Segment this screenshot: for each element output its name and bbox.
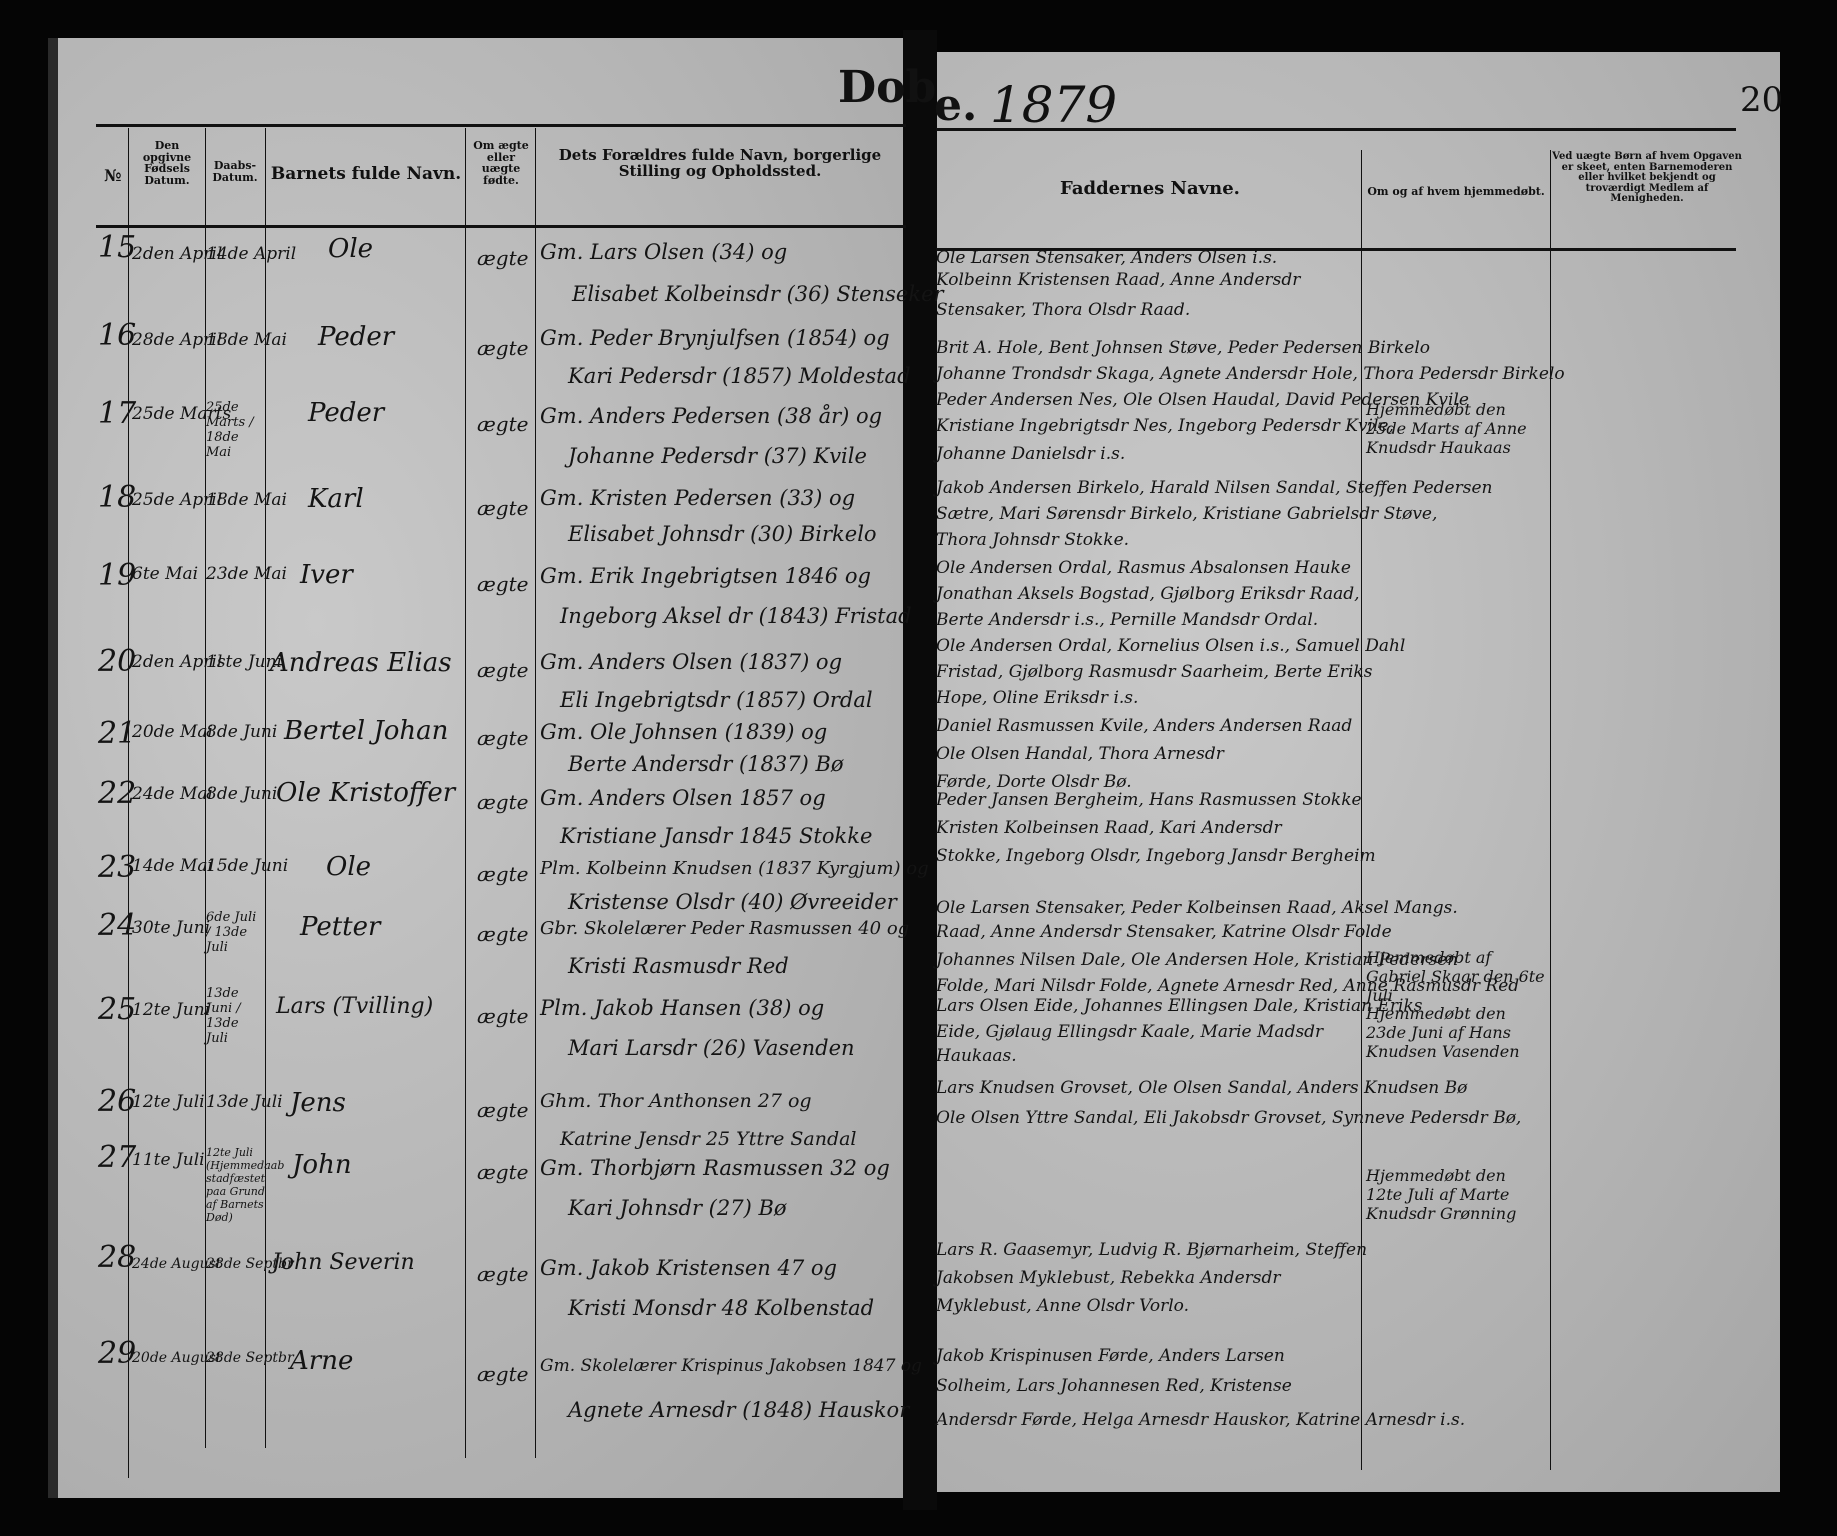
entry-legitimacy: ægte — [477, 1098, 528, 1122]
book-gutter — [903, 30, 937, 1510]
entry-parents-line1: Gbr. Skolelærer Peder Rasmussen 40 og — [540, 918, 909, 939]
entry-child-name: Arne — [290, 1346, 353, 1376]
entry-child-name: John — [292, 1150, 352, 1180]
entry-godparents-line3: Andersdr Førde, Helga Arnesdr Hauskor, K… — [936, 1410, 1465, 1430]
col-rule — [535, 128, 536, 1458]
entry-number: 25 — [98, 992, 136, 1027]
entry-number: 19 — [98, 558, 136, 593]
entry-godparents-line3: Myklebust, Anne Olsdr Vorlo. — [936, 1296, 1189, 1316]
entry-godparents-line3: Thora Johnsdr Stokke. — [936, 530, 1129, 550]
entry-godparents-line3: Hope, Oline Eriksdr i.s. — [936, 688, 1138, 708]
entry-parents-line1: Gm. Ole Johnsen (1839) og — [540, 720, 827, 744]
entry-legitimacy: ægte — [477, 496, 528, 520]
entry-parents-line2: Kristi Monsdr 48 Kolbenstad — [568, 1296, 874, 1320]
entry-birth-date: 11te Juli — [132, 1150, 205, 1170]
entry-number: 21 — [98, 716, 136, 751]
entry-legitimacy: ægte — [477, 658, 528, 682]
entry-parents-line2: Kristi Rasmusdr Red — [568, 954, 789, 978]
entry-godparents-line2: Raad, Anne Andersdr Stensaker, Katrine O… — [936, 922, 1392, 942]
entry-number: 20 — [98, 644, 136, 679]
header-child-name: Barnets fulde Navn. — [268, 166, 464, 184]
entry-parents-line2: Johanne Pedersdr (37) Kvile — [568, 444, 867, 468]
entry-godparents-line2: Sætre, Mari Sørensdr Birkelo, Kristiane … — [936, 504, 1437, 524]
entry-godparents-line2: Kolbeinn Kristensen Raad, Anne Andersdr — [936, 270, 1300, 290]
entry-parents-line2: Elisabet Johnsdr (30) Birkelo — [568, 522, 877, 546]
entry-godparents-line1: Jakob Andersen Birkelo, Harald Nilsen Sa… — [936, 478, 1492, 498]
entry-number: 15 — [98, 230, 136, 265]
entry-baptism-date: 12te Juli (Hjemmedaab stadfæstet paa Gru… — [206, 1146, 266, 1224]
entry-godparents-line1: Peder Jansen Bergheim, Hans Rasmussen St… — [936, 790, 1362, 810]
entry-parents-line2: Berte Andersdr (1837) Bø — [568, 752, 844, 776]
header-birth-date: Den opgivne Fødsels Datum. — [130, 140, 204, 186]
entry-godparents-line3: Berte Andersdr i.s., Pernille Mandsdr Or… — [936, 610, 1318, 630]
entry-birth-date: 14de Mai — [132, 856, 213, 876]
entry-number: 28 — [98, 1240, 136, 1275]
entry-birth-date: 12te Juli — [132, 1092, 205, 1112]
entry-parents-line1: Gm. Anders Olsen (1837) og — [540, 650, 842, 674]
entry-godparents-line3: Stensaker, Thora Olsdr Raad. — [936, 300, 1190, 320]
entry-baptism-date: 6de Juli / 13de Juli — [206, 910, 264, 955]
entry-number: 18 — [98, 480, 136, 515]
entry-godparents-line1: Ole Andersen Ordal, Rasmus Absalonsen Ha… — [936, 558, 1351, 578]
entry-number: 23 — [98, 850, 136, 885]
entry-parents-line2: Kristiane Jansdr 1845 Stokke — [560, 824, 872, 848]
entry-child-name: John Severin — [272, 1250, 415, 1275]
entry-baptism-date: 15de Juni — [206, 856, 288, 876]
entry-parents-line1: Gm. Anders Olsen 1857 og — [540, 786, 826, 810]
entry-godparents-line2: Eide, Gjølaug Ellingsdr Kaale, Marie Mad… — [936, 1022, 1323, 1042]
entry-godparents-line2: Ole Olsen Yttre Sandal, Eli Jakobsdr Gro… — [936, 1108, 1521, 1128]
entry-parents-line2: Agnete Arnesdr (1848) Hauskor — [568, 1398, 909, 1422]
entry-number: 16 — [98, 318, 136, 353]
entry-godparents-line1: Lars R. Gaasemyr, Ludvig R. Bjørnarheim,… — [936, 1240, 1367, 1260]
entry-godparents-line2: Jakobsen Myklebust, Rebekka Andersdr — [936, 1268, 1280, 1288]
entry-legitimacy: ægte — [477, 922, 528, 946]
entry-child-name: Peder — [318, 322, 394, 352]
entry-legitimacy: ægte — [477, 246, 528, 270]
header-home-baptized: Om og af hvem hjemmedøbt. — [1364, 186, 1548, 198]
header-top-rule-right — [936, 128, 1736, 131]
entry-godparents-line2: Ole Olsen Handal, Thora Arnesdr — [936, 744, 1224, 764]
entry-parents-line1: Gm. Kristen Pedersen (33) og — [540, 486, 855, 510]
entry-parents-line2: Kristense Olsdr (40) Øvreeider — [568, 890, 897, 914]
entry-parents-line2: Katrine Jensdr 25 Yttre Sandal — [560, 1128, 857, 1150]
entry-home-baptized: Hjemmedøbt den 25de Marts af Anne Knudsd… — [1366, 400, 1546, 457]
entry-baptism-date: 13de Juni / 13de Juli — [206, 986, 264, 1046]
entry-birth-date: 24de Mai — [132, 784, 213, 804]
entry-godparents-line2: Fristad, Gjølborg Rasmusdr Saarheim, Ber… — [936, 662, 1372, 682]
page-number: 20 — [1740, 80, 1783, 120]
entry-number: 22 — [98, 776, 136, 811]
entry-number: 27 — [98, 1140, 136, 1175]
entry-godparents-line2: Johanne Trondsdr Skaga, Agnete Andersdr … — [936, 364, 1565, 384]
entry-parents-line1: Plm. Kolbeinn Knudsen (1837 Kyrgjum) og — [540, 858, 929, 879]
entry-legitimacy: ægte — [477, 412, 528, 436]
register-title-left: Dob — [838, 62, 936, 113]
entry-number: 24 — [98, 908, 136, 943]
header-legitimacy: Om ægte eller uægte fødte. — [470, 140, 532, 186]
entry-baptism-date: 25de Marts / 18de Mai — [206, 400, 264, 460]
entry-home-baptized: Hjemmedøbt den 23de Juni af Hans Knudsen… — [1366, 1004, 1546, 1061]
entry-baptism-date: 14de April — [206, 244, 296, 264]
entry-godparents-line2: Jonathan Aksels Bogstad, Gjølborg Eriksd… — [936, 584, 1360, 604]
entry-godparents-line1: Lars Olsen Eide, Johannes Ellingsen Dale… — [936, 996, 1423, 1016]
entry-godparents-line1: Lars Knudsen Grovset, Ole Olsen Sandal, … — [936, 1078, 1467, 1098]
entry-parents-line2: Kari Johnsdr (27) Bø — [568, 1196, 787, 1220]
entry-legitimacy: ægte — [477, 726, 528, 750]
entry-child-name: Karl — [308, 484, 364, 514]
header-illegitimate-source: Ved uægte Børn af hvem Opgaven er skeet,… — [1552, 152, 1742, 205]
entry-parents-line2: Mari Larsdr (26) Vasenden — [568, 1036, 855, 1060]
entry-home-baptized: Hjemmedøbt den 12te Juli af Marte Knudsd… — [1366, 1166, 1546, 1223]
register-year: 1879 — [990, 76, 1117, 134]
entry-parents-line2: Eli Ingebrigtsdr (1857) Ordal — [560, 688, 873, 712]
entry-birth-date: 6te Mai — [132, 564, 198, 584]
entry-child-name: Bertel Johan — [284, 716, 448, 746]
entry-baptism-date: 23de Mai — [206, 564, 287, 584]
entry-godparents-line1: Jakob Krispinusen Førde, Anders Larsen — [936, 1346, 1285, 1366]
entry-legitimacy: ægte — [477, 1004, 528, 1028]
entry-number: 17 — [98, 396, 136, 431]
header-parents: Dets Forældres fulde Navn, borgerlige St… — [540, 148, 900, 180]
header-baptism-date: Daabs-Datum. — [207, 160, 263, 183]
entry-godparents-line2: Solheim, Lars Johannesen Red, Kristense — [936, 1376, 1292, 1396]
entry-parents-line1: Gm. Lars Olsen (34) og — [540, 240, 787, 264]
col-rule — [1550, 150, 1551, 1470]
entry-baptism-date: 28de Septbr — [206, 1350, 294, 1366]
header-no: № — [98, 168, 128, 185]
entry-legitimacy: ægte — [477, 862, 528, 886]
entry-parents-line1: Gm. Peder Brynjulfsen (1854) og — [540, 326, 890, 350]
entry-parents-line1: Gm. Anders Pedersen (38 år) og — [540, 404, 882, 428]
entry-parents-line1: Plm. Jakob Hansen (38) og — [540, 996, 824, 1020]
entry-godparents-line1: Brit A. Hole, Bent Johnsen Støve, Peder … — [936, 338, 1430, 358]
entry-parents-line2: Elisabet Kolbeinsdr (36) Stenseker — [572, 282, 944, 306]
entry-parents-line1: Gm. Thorbjørn Rasmussen 32 og — [540, 1156, 890, 1180]
entry-legitimacy: ægte — [477, 572, 528, 596]
entry-child-name: Petter — [300, 912, 380, 942]
entry-birth-date: 20de Mai — [132, 722, 213, 742]
entry-godparents-line1: Ole Larsen Stensaker, Anders Olsen i.s. — [936, 248, 1277, 268]
entry-child-name: Peder — [308, 398, 384, 428]
entry-child-name: Andreas Elias — [270, 648, 452, 678]
entry-baptism-date: 13de Juli — [206, 1092, 283, 1112]
entry-child-name: Ole — [328, 234, 373, 264]
entry-godparents-line3: Førde, Dorte Olsdr Bø. — [936, 772, 1132, 792]
entry-legitimacy: ægte — [477, 790, 528, 814]
entry-baptism-date: 18de Mai — [206, 490, 287, 510]
entry-parents-line1: Gm. Jakob Kristensen 47 og — [540, 1256, 837, 1280]
entry-legitimacy: ægte — [477, 1160, 528, 1184]
header-bottom-rule-left — [96, 225, 906, 228]
entry-godparents-line3: Stokke, Ingeborg Olsdr, Ingeborg Jansdr … — [936, 846, 1376, 866]
entry-child-name: Jens — [290, 1088, 346, 1118]
entry-godparents-line3: Haukaas. — [936, 1046, 1017, 1066]
entry-parents-line1: Gm. Skolelærer Krispinus Jakobsen 1847 o… — [540, 1356, 922, 1376]
entry-parents-line2: Kari Pedersdr (1857) Moldestad — [568, 364, 911, 388]
entry-godparents-line2: Kristiane Ingebrigtsdr Nes, Ingeborg Ped… — [936, 416, 1394, 436]
entry-baptism-date: 8de Juni — [206, 722, 277, 742]
entry-birth-date: 12te Juni — [132, 1000, 210, 1020]
entry-child-name: Lars (Tvilling) — [276, 994, 433, 1019]
entry-parents-line1: Gm. Erik Ingebrigtsen 1846 og — [540, 564, 871, 588]
entry-godparents-line3: Johanne Danielsdr i.s. — [936, 444, 1125, 464]
entry-baptism-date: 18de Mai — [206, 330, 287, 350]
entry-child-name: Ole — [326, 852, 371, 882]
entry-child-name: Iver — [300, 560, 353, 590]
register-title-right: e. — [934, 80, 977, 131]
entry-child-name: Ole Kristoffer — [276, 778, 455, 808]
entry-godparents-line1: Daniel Rasmussen Kvile, Anders Andersen … — [936, 716, 1352, 736]
entry-parents-line2: Ingeborg Aksel dr (1843) Fristad — [560, 604, 912, 628]
entry-number: 29 — [98, 1336, 136, 1371]
entry-baptism-date: 8de Juni — [206, 784, 277, 804]
entry-legitimacy: ægte — [477, 1362, 528, 1386]
entry-legitimacy: ægte — [477, 336, 528, 360]
entry-godparents-line1: Ole Larsen Stensaker, Peder Kolbeinsen R… — [936, 898, 1458, 918]
entry-parents-line1: Ghm. Thor Anthonsen 27 og — [540, 1090, 812, 1112]
entry-legitimacy: ægte — [477, 1262, 528, 1286]
entry-godparents-line2: Kristen Kolbeinsen Raad, Kari Andersdr — [936, 818, 1282, 838]
entry-godparents-line1: Ole Andersen Ordal, Kornelius Olsen i.s.… — [936, 636, 1405, 656]
entry-number: 26 — [98, 1084, 136, 1119]
header-top-rule-left — [96, 124, 906, 127]
header-godparents: Faddernes Navne. — [940, 180, 1360, 199]
entry-birth-date: 30te Juni — [132, 918, 210, 938]
col-rule — [465, 128, 466, 1458]
